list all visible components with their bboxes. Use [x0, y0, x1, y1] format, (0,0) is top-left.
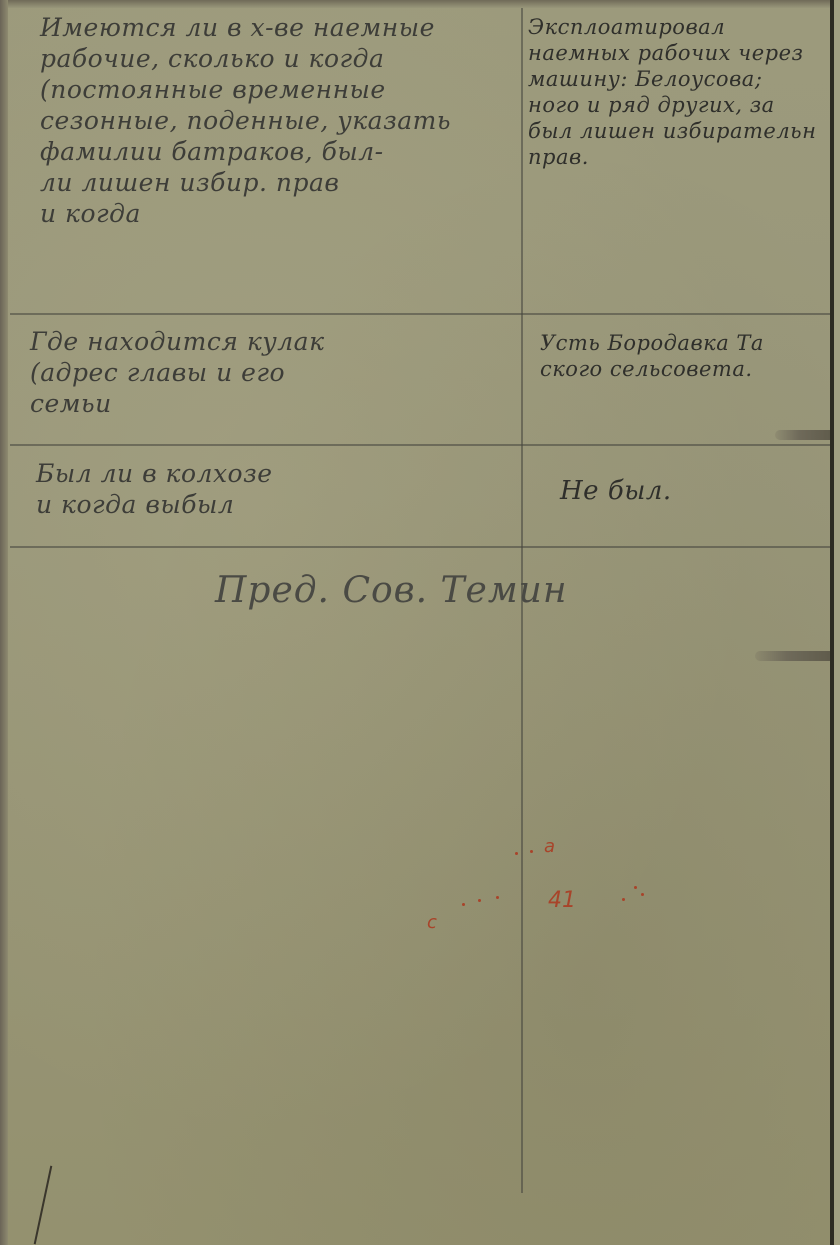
- document-page: Имеются ли в х-ве наемные рабочие, сколь…: [0, 0, 840, 1245]
- row-divider-2: [10, 444, 830, 446]
- binding-thread-1: [775, 430, 835, 440]
- question-2: Где находится кулак (адрес главы и его с…: [30, 326, 510, 419]
- row-divider-3: [10, 546, 830, 548]
- binding-thread-2: [755, 651, 835, 661]
- red-speck: [622, 898, 625, 901]
- paper-crack: [34, 1166, 53, 1245]
- row-divider-1: [10, 313, 830, 315]
- question-1: Имеются ли в х-ве наемные рабочие, сколь…: [40, 12, 520, 229]
- chairman-signature: Пред. Сов. Темин: [215, 570, 568, 611]
- answer-2: Усть Бородавка Та ского сельсовета.: [540, 330, 830, 382]
- paper-top-edge: [0, 0, 840, 8]
- red-mark-a: а: [544, 836, 555, 857]
- red-speck: [634, 886, 637, 889]
- red-speck: [515, 852, 518, 855]
- answer-1: Эксплоатировал наемных рабочих через маш…: [528, 14, 828, 170]
- next-page-edge: [834, 0, 840, 1245]
- question-3: Был ли в колхозе и когда выбыл: [36, 458, 516, 520]
- answer-3: Не был.: [560, 478, 820, 504]
- red-mark-c: с: [427, 912, 437, 933]
- red-speck: [530, 850, 533, 853]
- red-speck: [496, 896, 499, 899]
- red-speck: [462, 903, 465, 906]
- red-speck: [478, 899, 481, 902]
- paper-left-edge: [0, 0, 8, 1245]
- red-speck: [641, 893, 644, 896]
- red-mark-41: 41: [548, 888, 576, 913]
